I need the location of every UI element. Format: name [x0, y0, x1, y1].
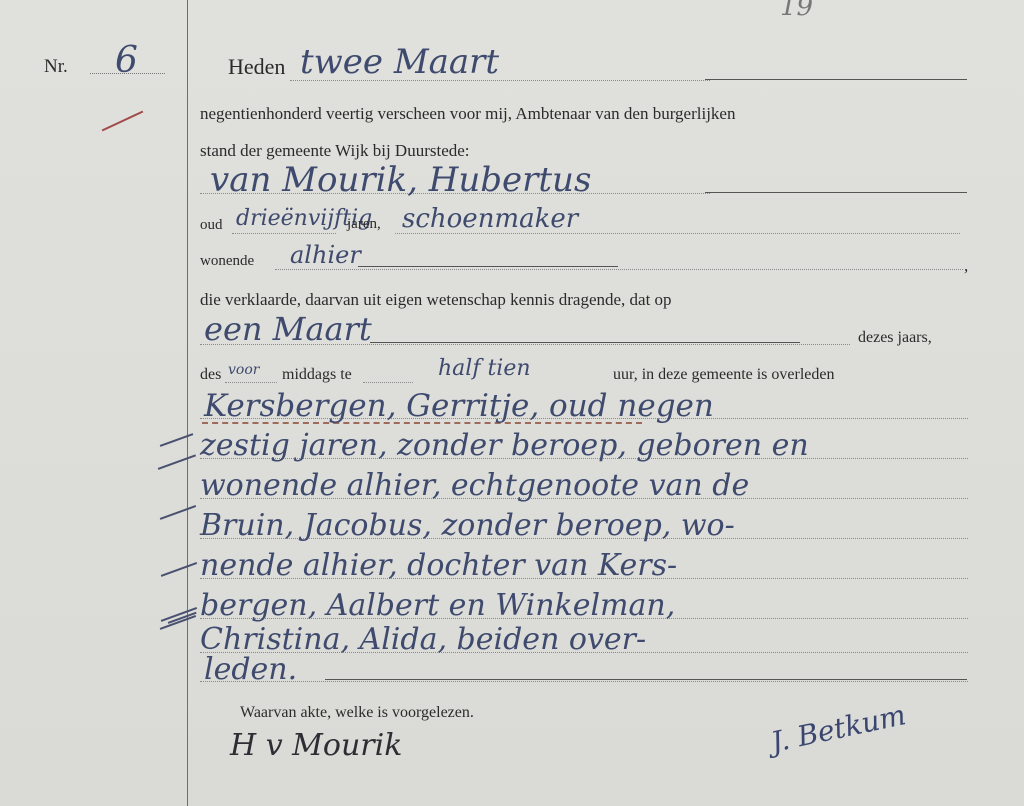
residence-dots — [275, 269, 963, 270]
margin-stroke — [160, 433, 193, 446]
closing-text: Waarvan akte, welke is voorgelezen. — [240, 704, 474, 722]
uur-rest-label: uur, in deze gemeente is overleden — [613, 366, 834, 384]
red-check-mark — [102, 111, 144, 132]
printed-line-3: stand der gemeente Wijk bij Duurstede: — [200, 141, 470, 161]
wonende-label: wonende — [200, 253, 254, 270]
date-line — [705, 79, 967, 80]
age-dots — [232, 233, 336, 234]
handwritten-residence: alhier — [290, 241, 361, 269]
name-line — [705, 192, 967, 193]
margin-stroke — [160, 505, 196, 519]
record-number-value: 6 — [115, 40, 138, 81]
handwritten-time-of-day: voor — [228, 362, 259, 378]
closing-line — [325, 679, 967, 680]
handwritten-death-date: een Maart — [204, 310, 372, 348]
body-dots-8 — [200, 681, 968, 682]
hour-dots-left — [363, 382, 413, 383]
body-line-5: nende alhier, dochter van Kers- — [200, 548, 677, 583]
handwritten-date: twee Maart — [300, 42, 499, 82]
document-page: 19 Nr. 6 Heden twee Maart negentienhonde… — [0, 0, 1024, 806]
heden-label: Heden — [228, 54, 285, 80]
margin-rule — [187, 0, 188, 806]
body-line-6: bergen, Aalbert en Winkelman, — [200, 588, 675, 623]
record-number-label: Nr. — [44, 56, 68, 78]
handwritten-hour: half tien — [438, 356, 531, 381]
printed-verklaarde: die verklaarde, daarvan uit eigen wetens… — [200, 290, 672, 310]
body-line-2: zestig jaren, zonder beroep, geboren en — [200, 428, 809, 463]
body-line-3: wonende alhier, echtgenoote van de — [200, 468, 749, 503]
jaren-label: jaren, — [347, 216, 381, 233]
handwritten-occupation: schoenmaker — [402, 204, 578, 234]
des-label: des — [200, 366, 221, 384]
corner-annotation: 19 — [780, 0, 813, 22]
margin-stroke — [158, 454, 196, 469]
margin-stroke — [161, 562, 197, 576]
time-of-day-dots — [225, 382, 277, 383]
body-line-8: leden. — [204, 652, 297, 687]
dezes-jaars-label: dezes jaars, — [858, 329, 932, 347]
printed-line-2: negentienhonderd veertig verscheen voor … — [200, 104, 735, 124]
residence-comma: , — [964, 256, 968, 276]
residence-line — [358, 266, 618, 267]
signature-official: J. Betkum — [768, 698, 909, 759]
middags-te-label: middags te — [282, 366, 352, 384]
body-line-4: Bruin, Jacobus, zonder beroep, wo- — [200, 508, 735, 543]
signature-declarant: H v Mourik — [230, 728, 402, 763]
oud-label: oud — [200, 217, 223, 234]
handwritten-declarant: van Mourik, Hubertus — [210, 160, 591, 200]
body-line-1: Kersbergen, Gerritje, oud negen — [204, 388, 714, 424]
death-date-line — [370, 342, 800, 343]
